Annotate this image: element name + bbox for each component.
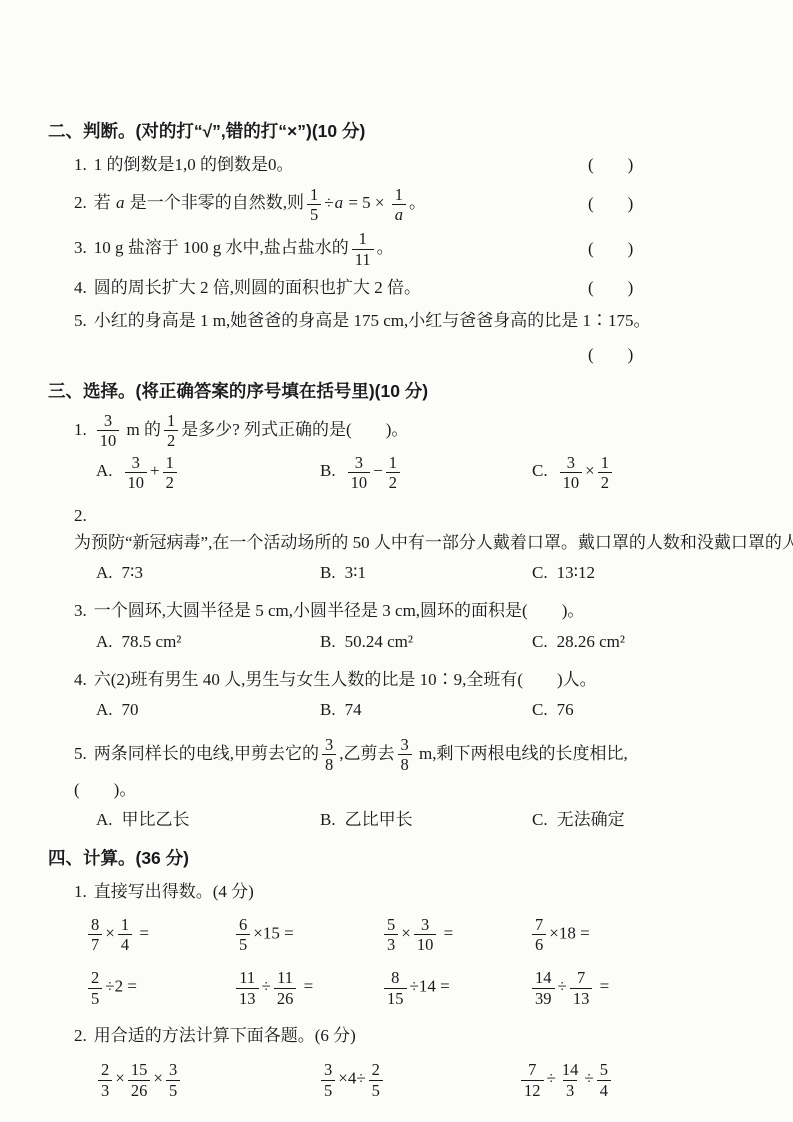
item-number: 4. xyxy=(74,278,87,297)
fraction: 310 xyxy=(348,454,371,492)
question-stem: 一个圆环,大圆半径是 5 cm,小圆半径是 3 cm,圆环的面积是( )。 xyxy=(94,601,585,620)
item-number: 4. xyxy=(74,670,87,689)
item-number: 2. xyxy=(74,193,87,212)
item-number: 1. xyxy=(74,155,87,174)
item-number: 1. xyxy=(74,882,87,901)
choice-options-4: A.70 B.74 C.76 xyxy=(96,697,733,723)
section-calc: 四、计算。(36 分) 1.直接写出得数。(4 分) 87×14 = 65×15… xyxy=(48,845,733,1099)
fraction: 23 xyxy=(98,1061,112,1099)
option-b[interactable]: B.50.24 cm² xyxy=(320,629,532,655)
judge-item-text: 10 g 盐溶于 100 g 水中,盐占盐水的111。 xyxy=(94,238,394,257)
judge-item-4: 4.圆的周长扩大 2 倍,则圆的面积也扩大 2 倍。 ( ) xyxy=(48,275,733,301)
option-a[interactable]: A.78.5 cm² xyxy=(96,629,320,655)
choice-options-2: A.7∶3 B.3∶1 C.13∶12 xyxy=(96,560,733,586)
calc-expression[interactable]: 76×18 = xyxy=(529,916,733,954)
choice-options-5: A.甲比乙长 B.乙比甲长 C.无法确定 xyxy=(96,807,733,833)
fraction: 38 xyxy=(322,736,336,774)
judge-item-text: 圆的周长扩大 2 倍,则圆的面积也扩大 2 倍。 xyxy=(94,278,421,297)
question-stem: 为预防“新冠病毒”,在一个活动场所的 50 人中有一部分人戴着口罩。戴口罩的人数… xyxy=(74,533,793,552)
exam-page: 二、判断。(对的打“√”,错的打“×”)(10 分) 1.1 的倒数是1,0 的… xyxy=(0,0,793,1122)
calc-expression[interactable]: 25÷2 = xyxy=(85,969,233,1007)
fraction: 1113 xyxy=(236,969,259,1007)
calc-sub2-title: 2.用合适的方法计算下面各题。(6 分) xyxy=(48,1023,733,1049)
fraction: 15 xyxy=(307,186,321,224)
option-b[interactable]: B.乙比甲长 xyxy=(320,807,532,833)
choice-question-2: 2.为预防“新冠病毒”,在一个活动场所的 50 人中有一部分人戴着口罩。戴口罩的… xyxy=(48,503,733,556)
fraction: 38 xyxy=(398,736,412,774)
option-c[interactable]: C.310×12 xyxy=(532,454,733,492)
fraction: 815 xyxy=(384,969,407,1007)
fraction: 310 xyxy=(560,454,583,492)
fraction: 310 xyxy=(414,916,437,954)
option-a[interactable]: A.7∶3 xyxy=(96,560,320,586)
answer-bracket[interactable]: ( ) xyxy=(588,275,633,301)
option-c[interactable]: C.无法确定 xyxy=(532,807,733,833)
calc-row-1: 87×14 = 65×15 = 53×310 = 76×18 = xyxy=(85,916,733,954)
calc-expression[interactable]: 23×1526×35 xyxy=(95,1061,318,1099)
judge-item-3: 3.10 g 盐溶于 100 g 水中,盐占盐水的111。 ( ) xyxy=(48,230,733,268)
math-variable: a xyxy=(115,193,126,212)
item-number: 2. xyxy=(74,1026,87,1045)
calc-expression[interactable]: 35×4÷25 xyxy=(318,1061,518,1099)
calc-expression[interactable]: 1113÷1126 = xyxy=(233,969,381,1007)
fraction: 713 xyxy=(570,969,593,1007)
question-stem: 310 m 的12是多少? 列式正确的是( )。 xyxy=(94,420,409,439)
answer-bracket[interactable]: ( ) xyxy=(588,236,633,262)
judge-item-text: 若 a 是一个非零的自然数,则15÷a = 5 × 1a。 xyxy=(94,193,426,212)
fraction: 35 xyxy=(321,1061,335,1099)
fraction: 310 xyxy=(97,412,120,450)
item-number: 5. xyxy=(74,744,87,763)
judge-item-text: 小红的身高是 1 m,她爸爸的身高是 175 cm,小红与爸爸身高的比是 1∶1… xyxy=(94,311,651,330)
fraction: 12 xyxy=(164,412,178,450)
fraction: 1126 xyxy=(274,969,297,1007)
section-choice: 三、选择。(将正确答案的序号填在括号里)(10 分) 1.310 m 的12是多… xyxy=(48,378,733,833)
question-stem: 两条同样长的电线,甲剪去它的38,乙剪去38 m,剩下两根电线的长度相比, xyxy=(94,744,628,763)
fraction: 14 xyxy=(118,916,132,954)
choice-options-1: A.310+12 B.310−12 C.310×12 xyxy=(96,454,733,492)
choice-question-3: 3.一个圆环,大圆半径是 5 cm,小圆半径是 3 cm,圆环的面积是( )。 xyxy=(48,598,733,624)
option-c[interactable]: C.76 xyxy=(532,697,733,723)
fraction: 1439 xyxy=(532,969,555,1007)
fraction: 12 xyxy=(163,454,177,492)
judge-item-2: 2.若 a 是一个非零的自然数,则15÷a = 5 × 1a。 ( ) xyxy=(48,186,733,224)
calc-expression[interactable]: 65×15 = xyxy=(233,916,381,954)
item-number: 2. xyxy=(74,506,87,525)
answer-bracket[interactable]: ( ) xyxy=(588,191,633,217)
fraction: 143 xyxy=(559,1061,582,1099)
fraction: 65 xyxy=(236,916,250,954)
option-a[interactable]: A.310+12 xyxy=(96,454,320,492)
choice-heading: 三、选择。(将正确答案的序号填在括号里)(10 分) xyxy=(48,378,733,404)
item-number: 1. xyxy=(74,420,87,439)
option-c[interactable]: C.13∶12 xyxy=(532,560,733,586)
answer-bracket[interactable]: ( ) xyxy=(588,152,633,178)
calc-expression[interactable]: 1439÷713 = xyxy=(529,969,733,1007)
fraction: 712 xyxy=(521,1061,544,1099)
item-number: 3. xyxy=(74,601,87,620)
fraction: 53 xyxy=(384,916,398,954)
choice-question-5: 5.两条同样长的电线,甲剪去它的38,乙剪去38 m,剩下两根电线的长度相比, xyxy=(48,736,733,774)
calc-expression[interactable]: 815÷14 = xyxy=(381,969,529,1007)
calc-expression[interactable]: 87×14 = xyxy=(85,916,233,954)
judge-heading: 二、判断。(对的打“√”,错的打“×”)(10 分) xyxy=(48,118,733,144)
fraction: 1526 xyxy=(128,1061,151,1099)
fraction: 35 xyxy=(166,1061,180,1099)
answer-bracket[interactable]: ( ) xyxy=(588,342,733,368)
fraction: 1a xyxy=(392,186,406,224)
fraction: 310 xyxy=(125,454,148,492)
option-b[interactable]: B.3∶1 xyxy=(320,560,532,586)
calc-sub1-title: 1.直接写出得数。(4 分) xyxy=(48,879,733,905)
fraction: 12 xyxy=(386,454,400,492)
option-b[interactable]: B.74 xyxy=(320,697,532,723)
math-variable: a xyxy=(334,193,345,212)
judge-item-1: 1.1 的倒数是1,0 的倒数是0。 ( ) xyxy=(48,152,733,178)
question-stem: 六(2)班有男生 40 人,男生与女生人数的比是 10∶9,全班有( )人。 xyxy=(94,670,597,689)
fraction: 12 xyxy=(598,454,612,492)
option-b[interactable]: B.310−12 xyxy=(320,454,532,492)
choice-question-1: 1.310 m 的12是多少? 列式正确的是( )。 xyxy=(48,412,733,450)
item-number: 3. xyxy=(74,238,87,257)
judge-item-text: 1 的倒数是1,0 的倒数是0。 xyxy=(94,155,294,174)
option-a[interactable]: A.70 xyxy=(96,697,320,723)
item-number: 5. xyxy=(74,311,87,330)
option-c[interactable]: C.28.26 cm² xyxy=(532,629,733,655)
fraction: 25 xyxy=(369,1061,383,1099)
calc-expression[interactable]: 712÷143÷54 xyxy=(518,1061,733,1099)
calc-row-3: 23×1526×35 35×4÷25 712÷143÷54 xyxy=(95,1061,733,1099)
option-a[interactable]: A.甲比乙长 xyxy=(96,807,320,833)
choice-options-3: A.78.5 cm² B.50.24 cm² C.28.26 cm² xyxy=(96,629,733,655)
fraction: 54 xyxy=(597,1061,611,1099)
fraction: 87 xyxy=(88,916,102,954)
fraction: 111 xyxy=(352,230,374,268)
fraction: 76 xyxy=(532,916,546,954)
calc-heading: 四、计算。(36 分) xyxy=(48,845,733,871)
fraction: 25 xyxy=(88,969,102,1007)
calc-row-2: 25÷2 = 1113÷1126 = 815÷14 = 1439÷713 = xyxy=(85,969,733,1007)
answer-bracket[interactable]: ( )。 xyxy=(48,777,733,803)
calc-expression[interactable]: 53×310 = xyxy=(381,916,529,954)
section-judge: 二、判断。(对的打“√”,错的打“×”)(10 分) 1.1 的倒数是1,0 的… xyxy=(48,118,733,368)
judge-item-5: 5.小红的身高是 1 m,她爸爸的身高是 175 cm,小红与爸爸身高的比是 1… xyxy=(48,308,733,334)
choice-question-4: 4.六(2)班有男生 40 人,男生与女生人数的比是 10∶9,全班有( )人。 xyxy=(48,667,733,693)
